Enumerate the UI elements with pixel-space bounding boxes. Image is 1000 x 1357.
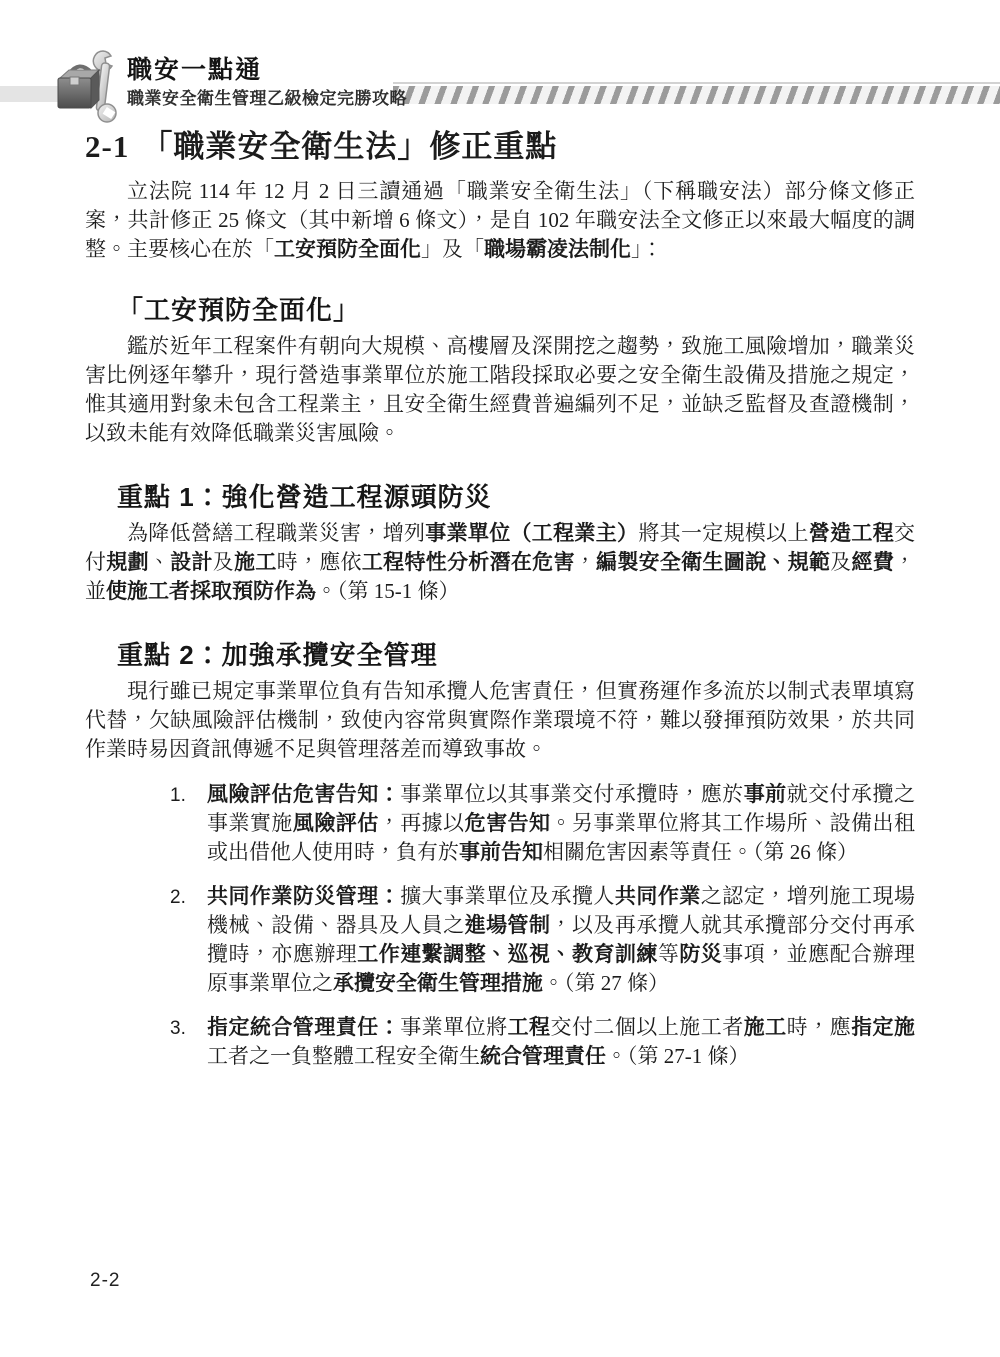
safety-prevention-paragraph: 鑑於近年工程案件有朝向大規模、高樓層及深開挖之趨勢，致施工風險增加，職業災害比例… [85, 332, 915, 448]
keypoint-1-paragraph: 為降低營繕工程職業災害，增列事業單位（工程業主）將其一定規模以上營造工程交付規劃… [85, 519, 915, 606]
list-item-number: 3. [170, 1013, 207, 1071]
intro-paragraph: 立法院 114 年 12 月 2 日三讀通過「職業安全衛生法」（下稱職安法）部分… [85, 177, 915, 264]
list-item-unified-management: 3. 指定統合管理責任：事業單位將工程交付二個以上施工者施工時，應指定施工者之一… [170, 1013, 915, 1071]
section-title-text: 「職業安全衛生法」修正重點 [141, 128, 557, 166]
brand-subtitle: 職業安全衛生管理乙級檢定完勝攻略 [127, 88, 407, 110]
subsection-heading-safety-prevention: 「工安預防全面化」 [117, 294, 915, 327]
book-page: 職安一點通 職業安全衛生管理乙級檢定完勝攻略 2-1 「職業安全衛生法」修正重點… [0, 0, 1000, 1357]
keypoint-1-heading: 重點 1：強化營造工程源頭防災 [117, 481, 915, 514]
brand-title: 職安一點通 [127, 56, 407, 84]
list-item-number: 1. [170, 780, 207, 867]
brand-block: 職安一點通 職業安全衛生管理乙級檢定完勝攻略 [127, 56, 407, 110]
chapter-section-title: 2-1 「職業安全衛生法」修正重點 [85, 128, 915, 166]
list-item-text: 共同作業防災管理：擴大事業單位及承攬人共同作業之認定，增列施工現場機械、設備、器… [207, 882, 915, 998]
toolbox-wrench-icon [54, 48, 126, 128]
list-item-risk-assessment: 1. 風險評估危害告知：事業單位以其事業交付承攬時，應於事前就交付承攬之事業實施… [170, 780, 915, 867]
diagonal-stripes [393, 86, 1000, 104]
list-item-text: 風險評估危害告知：事業單位以其事業交付承攬時，應於事前就交付承攬之事業實施風險評… [207, 780, 915, 867]
page-content: 2-1 「職業安全衛生法」修正重點 立法院 114 年 12 月 2 日三讀通過… [85, 128, 915, 1086]
list-item-number: 2. [170, 882, 207, 998]
keypoint-2-heading: 重點 2：加強承攬安全管理 [117, 639, 915, 672]
list-item-text: 指定統合管理責任：事業單位將工程交付二個以上施工者施工時，應指定施工者之一負整體… [207, 1013, 915, 1071]
stripe-top-line [393, 82, 1000, 84]
header-band-left [0, 86, 58, 102]
section-number: 2-1 [85, 128, 129, 166]
keypoint-2-paragraph: 現行雖已規定事業單位負有告知承攬人危害責任，但實務運作多流於以制式表單填寫代替，… [85, 677, 915, 764]
header-hazard-stripe-band [393, 82, 1000, 105]
list-item-joint-operation: 2. 共同作業防災管理：擴大事業單位及承攬人共同作業之認定，增列施工現場機械、設… [170, 882, 915, 998]
numbered-list: 1. 風險評估危害告知：事業單位以其事業交付承攬時，應於事前就交付承攬之事業實施… [170, 780, 915, 1071]
page-number: 2-2 [90, 1270, 120, 1292]
